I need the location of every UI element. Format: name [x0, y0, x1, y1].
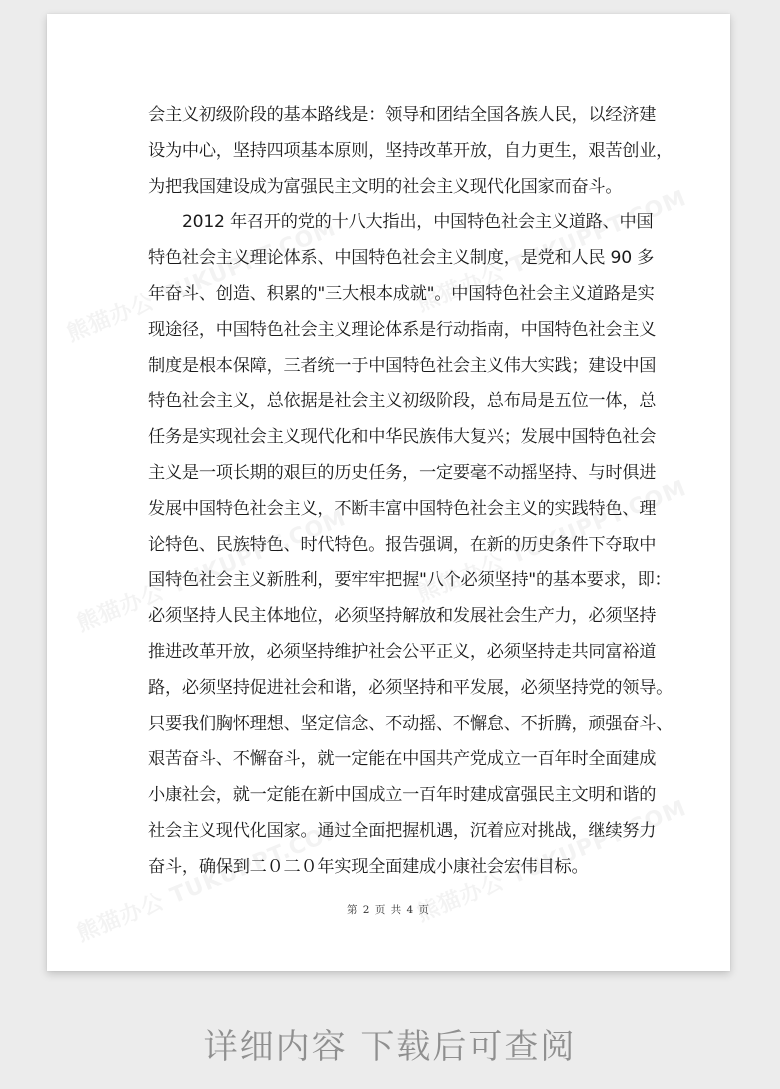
text-line: 只要我们胸怀理想、坚定信念、不动摇、不懈怠、不折腾，顽强奋斗、	[148, 707, 628, 743]
text-line: 制度是根本保障，三者统一于中国特色社会主义伟大实践；建设中国	[148, 349, 628, 385]
text-line: 为把我国建设成为富强民主文明的社会主义现代化国家而奋斗。	[148, 170, 628, 206]
text-line: 主义是一项长期的艰巨的历史任务，一定要毫不动摇坚持、与时俱进	[148, 456, 628, 492]
text-line: 路，必须坚持促进社会和谐，必须坚持和平发展，必须坚持党的领导。	[148, 671, 628, 707]
text-line: 国特色社会主义新胜利，要牢牢把握"八个必须坚持"的基本要求，即：	[148, 563, 628, 599]
text-line: 设为中心，坚持四项基本原则，坚持改革开放，自力更生，艰苦创业，	[148, 134, 628, 170]
download-prompt[interactable]: 详细内容 下载后可查阅	[0, 1019, 780, 1068]
page-number: 第 2 页 共 4 页	[47, 902, 730, 917]
text-line: 会主义初级阶段的基本路线是：领导和团结全国各族人民，以经济建	[148, 98, 628, 134]
text-line: 推进改革开放，必须坚持维护社会公平正义，必须坚持走共同富裕道	[148, 635, 628, 671]
text-line: 年奋斗、创造、积累的"三大根本成就"。中国特色社会主义道路是实	[148, 277, 628, 313]
text-line: 2012 年召开的党的十八大指出，中国特色社会主义道路、中国	[148, 205, 628, 241]
text-line: 奋斗，确保到二０二０年实现全面建成小康社会宏伟目标。	[148, 850, 628, 886]
text-line: 任务是实现社会主义现代化和中华民族伟大复兴；发展中国特色社会	[148, 420, 628, 456]
text-line: 必须坚持人民主体地位，必须坚持解放和发展社会生产力，必须坚持	[148, 599, 628, 635]
text-line: 现途径，中国特色社会主义理论体系是行动指南，中国特色社会主义	[148, 313, 628, 349]
document-page: 熊猫办公 TUKUPPT.COM 熊猫办公 TUKUPPT.COM 熊猫办公 T…	[47, 14, 730, 971]
text-line: 社会主义现代化国家。通过全面把握机遇，沉着应对挑战，继续努力	[148, 814, 628, 850]
text-line: 特色社会主义理论体系、中国特色社会主义制度，是党和人民 90 多	[148, 241, 628, 277]
document-body: 会主义初级阶段的基本路线是：领导和团结全国各族人民，以经济建 设为中心，坚持四项…	[148, 98, 628, 886]
text-line: 特色社会主义，总依据是社会主义初级阶段，总布局是五位一体，总	[148, 384, 628, 420]
text-line: 小康社会，就一定能在新中国成立一百年时建成富强民主文明和谐的	[148, 778, 628, 814]
text-line: 发展中国特色社会主义，不断丰富中国特色社会主义的实践特色、理	[148, 492, 628, 528]
text-line: 论特色、民族特色、时代特色。报告强调，在新的历史条件下夺取中	[148, 528, 628, 564]
text-line: 艰苦奋斗、不懈奋斗，就一定能在中国共产党成立一百年时全面建成	[148, 742, 628, 778]
